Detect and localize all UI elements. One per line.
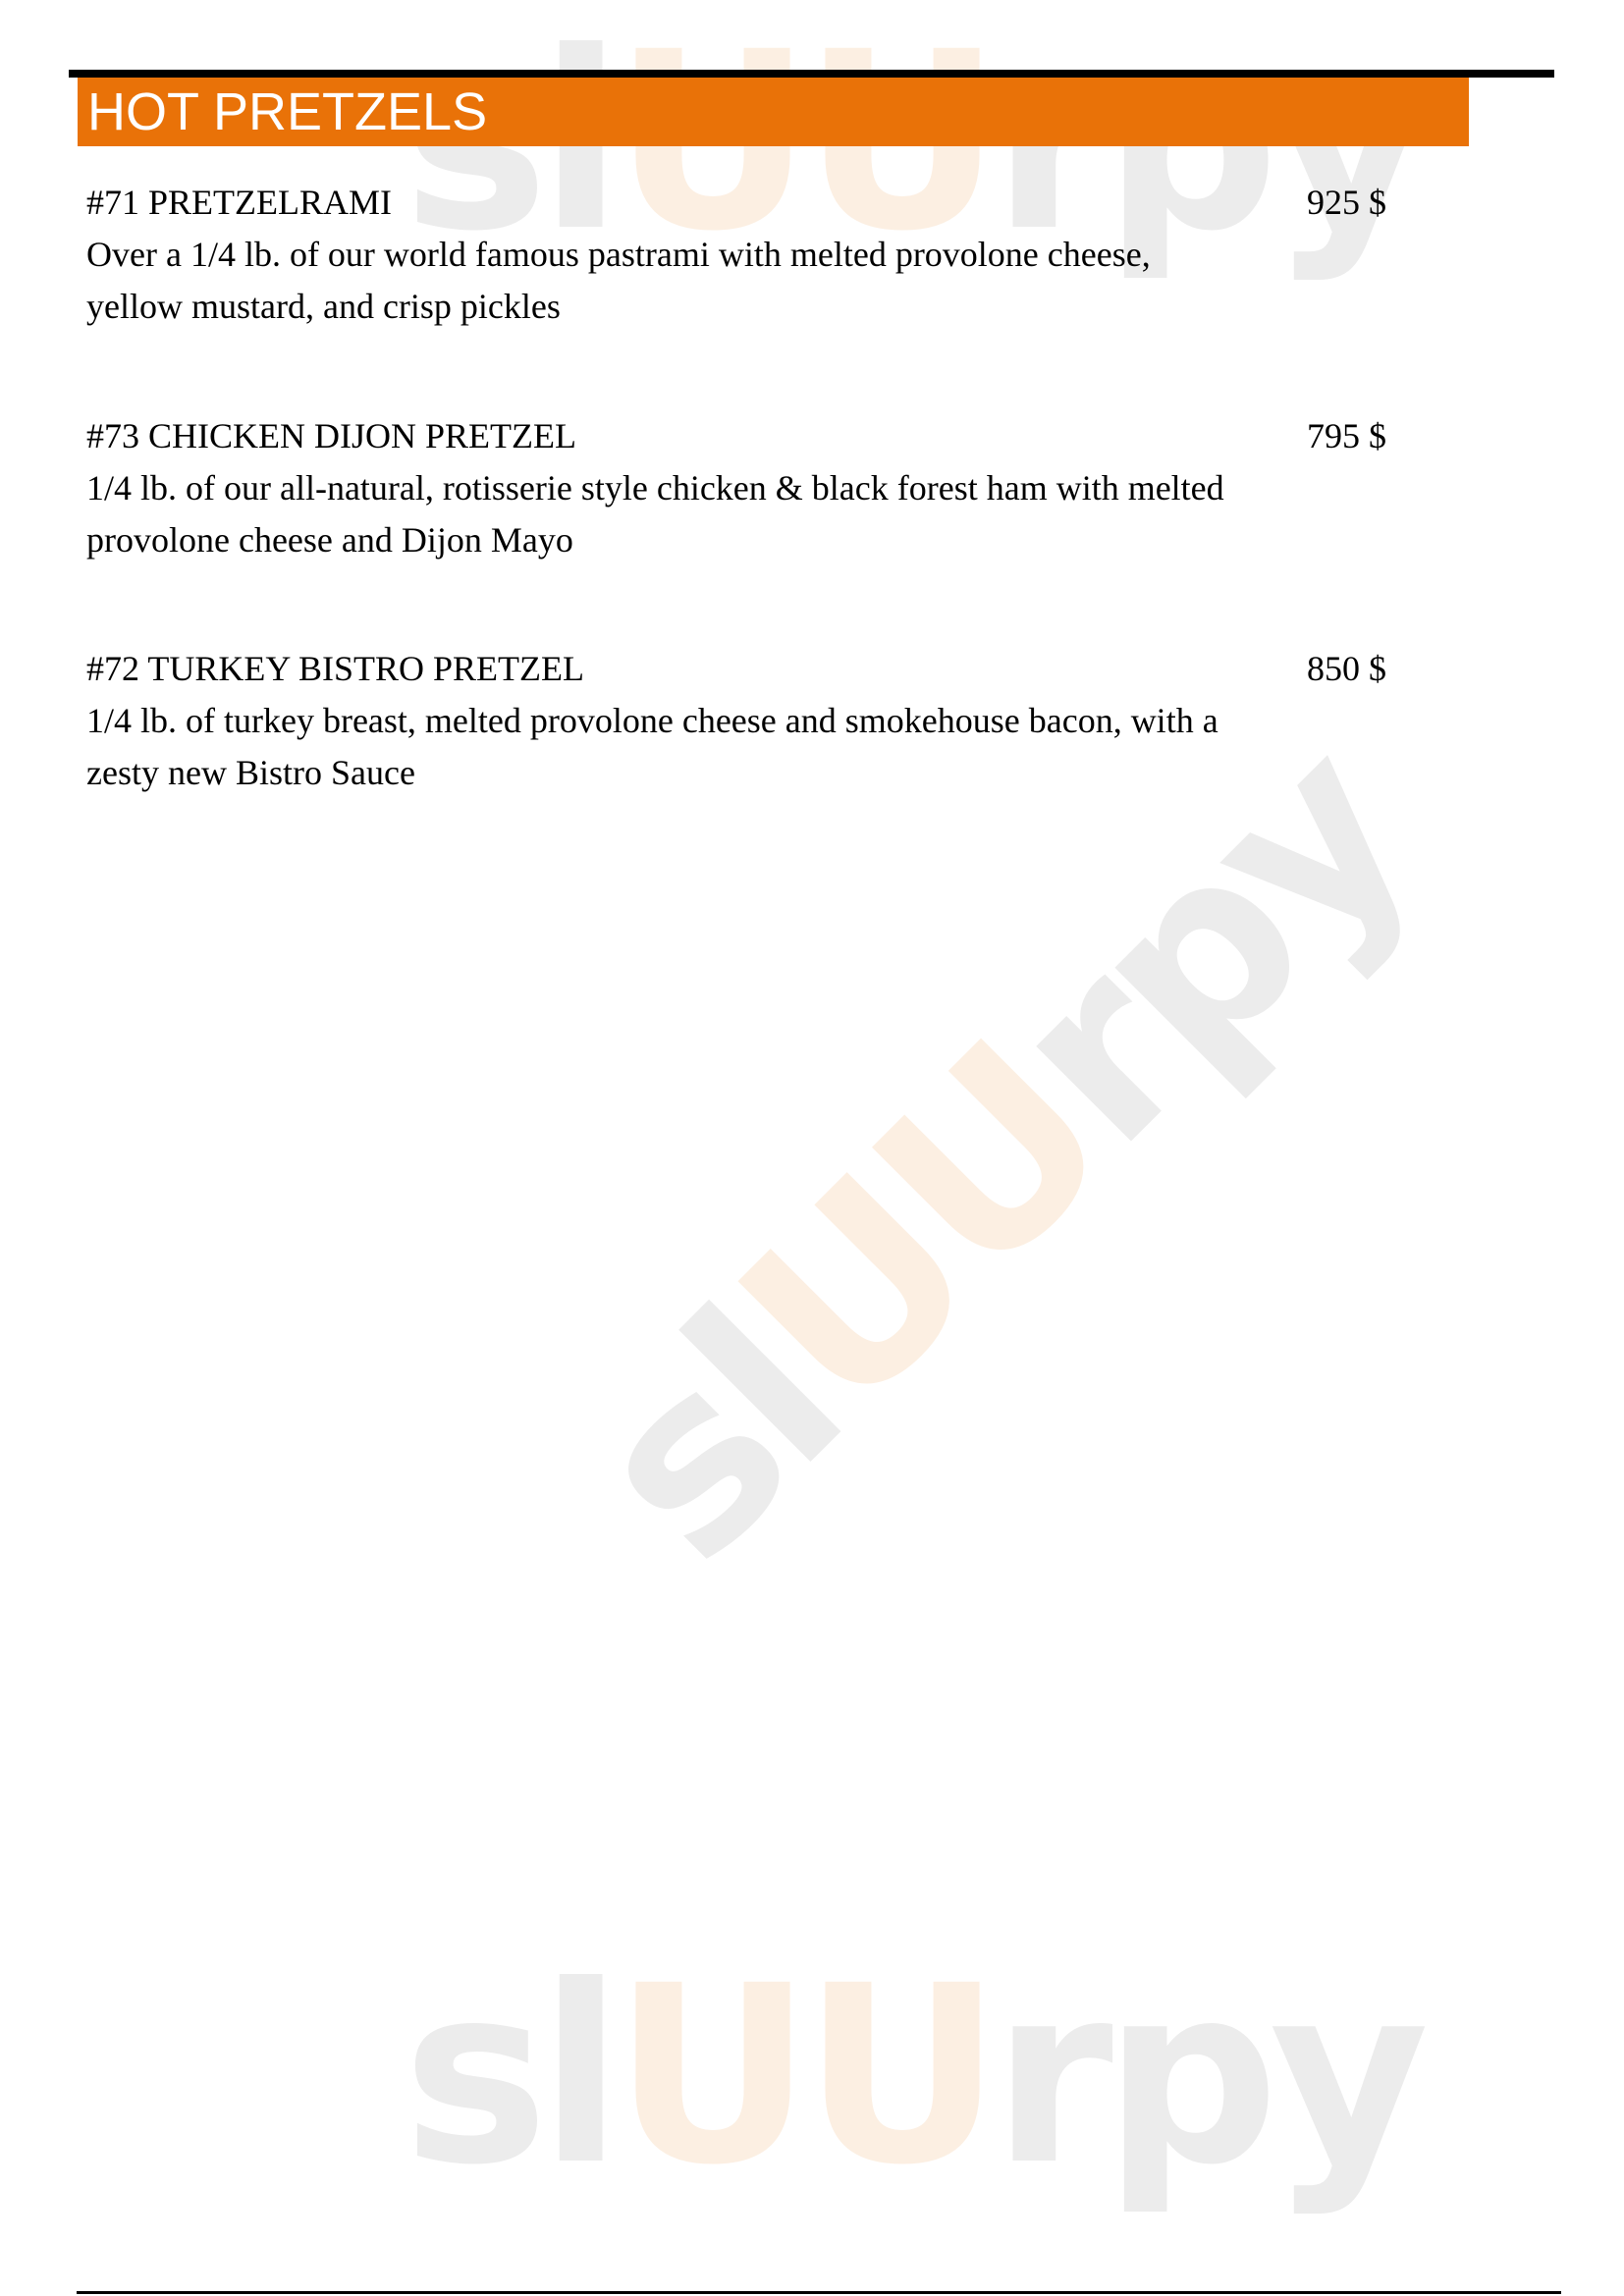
item-description: 1/4 lb. of turkey breast, melted provolo…	[86, 695, 1235, 799]
item-description: 1/4 lb. of our all-natural, rotisserie s…	[86, 462, 1235, 566]
watermark-logo: slUUrpy	[403, 1953, 1420, 2199]
item-name: #71 PRETZELRAMI	[86, 177, 1422, 229]
top-rule	[69, 70, 1554, 78]
item-name: #73 CHICKEN DIJON PRETZEL	[86, 410, 1422, 462]
item-name: #72 TURKEY BISTRO PRETZEL	[86, 643, 1422, 695]
watermark-logo: slUUrpy	[553, 707, 1445, 1599]
item-price: 850 $	[1307, 643, 1386, 695]
item-price: 795 $	[1307, 410, 1386, 462]
item-description: Over a 1/4 lb. of our world famous pastr…	[86, 229, 1235, 333]
item-price: 925 $	[1307, 177, 1386, 229]
watermark-text: UU	[614, 1933, 993, 2218]
menu-item: #71 PRETZELRAMI Over a 1/4 lb. of our wo…	[86, 177, 1422, 333]
section-header-band: HOT PRETZELS	[78, 78, 1469, 146]
watermark-text: rpy	[993, 1933, 1420, 2218]
menu-item: #72 TURKEY BISTRO PRETZEL 1/4 lb. of tur…	[86, 643, 1422, 799]
menu-item: #73 CHICKEN DIJON PRETZEL 1/4 lb. of our…	[86, 410, 1422, 566]
section-title: HOT PRETZELS	[87, 83, 487, 141]
watermark-text: sl	[403, 1933, 614, 2218]
bottom-rule	[77, 2291, 1561, 2294]
